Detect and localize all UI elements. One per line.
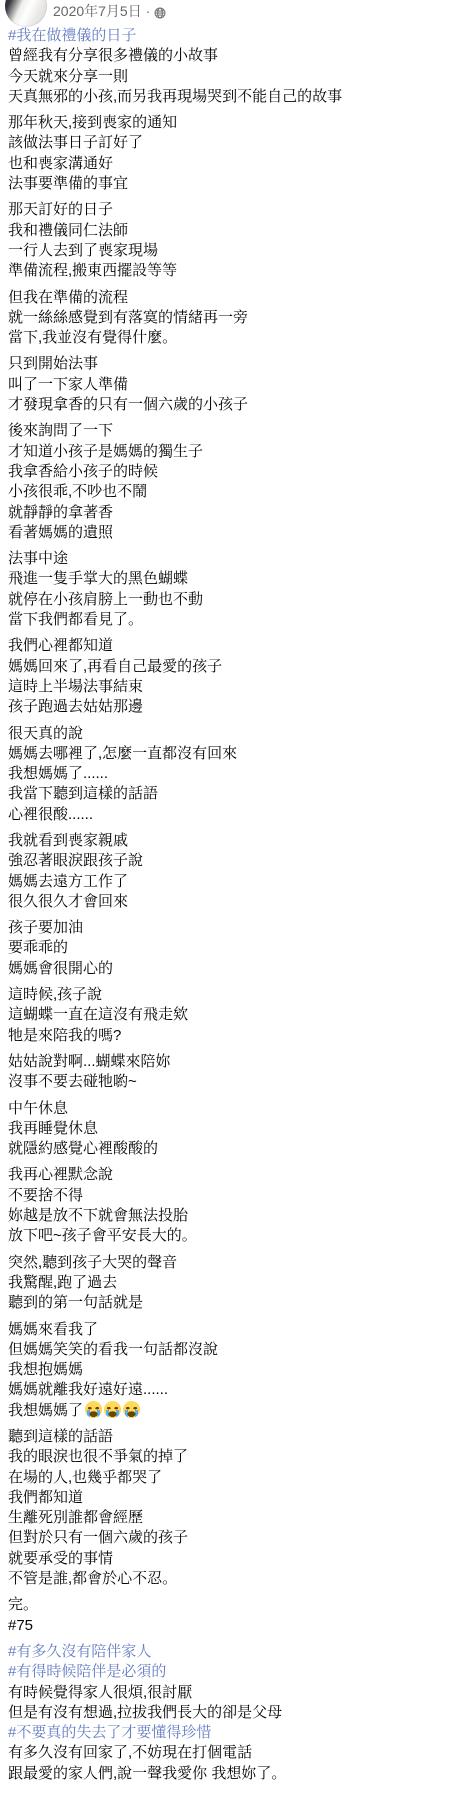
post-paragraph: 後來詢問了一下才知道小孩子是媽媽的獨生子我拿香給小孩子的時候小孩很乖,不吵也不鬧… [8,421,455,543]
post-text: 媽媽回來了,再看自己最愛的孩子 [8,658,222,675]
post-line: 聽到的第一句話就是 [8,1293,455,1313]
post-line: 但對於只有一個六歲的孩子 [8,1528,455,1548]
post-line: 當下,我並沒有覺得什麼。 [8,328,455,348]
post-text: 天真無邪的小孩,而另我再現場哭到不能自己的故事 [8,88,342,105]
post-text: 但對於只有一個六歲的孩子 [8,1529,188,1546]
post-line: 媽媽回來了,再看自己最愛的孩子 [8,657,455,677]
post-text: 才知道小孩子是媽媽的獨生子 [8,443,203,460]
post-line: 完。 [8,1595,455,1615]
post-text: 這時上半場法事結束 [8,678,143,695]
post-line: 就一絲絲感覺到有落寞的情緒再一旁 [8,308,455,328]
post-line: 才發現拿香的只有一個六歲的小孩子 [8,395,455,415]
post-text: 放下吧~孩子會平安長大的。 [8,1227,197,1244]
post-text: 在場的人,也幾乎都哭了 [8,1469,162,1486]
post-text: 我想抱媽媽 [8,1361,83,1378]
post-text: 只到開始法事 [8,355,98,372]
post-paragraph: 法事中途飛進一隻手掌大的黑色蝴蝶就停在小孩肩膀上一動也不動當下我們都看見了。 [8,549,455,630]
post-line: 就隱約感覺心裡酸酸的 [8,1139,455,1159]
post-text: 不要捨不得 [8,1187,83,1204]
post-line: 就停在小孩肩膀上一動也不動 [8,590,455,610]
post-line: #75 [8,1616,455,1636]
post-text: 媽媽就離我好遠好遠...... [8,1381,168,1398]
post-line: 我再睡覺休息 [8,1119,455,1139]
post-line: 我驚醒,跑了過去 [8,1273,455,1293]
post-line: 準備流程,搬東西擺設等等 [8,261,455,281]
post-text: 我拿香給小孩子的時候 [8,463,158,480]
post-text: 孩子要加油 [8,919,83,936]
post-text: 有多久沒有回家了,不妨現在打個電話 [8,1744,252,1761]
post-meta: 2020年7月5日· [53,3,166,19]
post-text: 就要承受的事情 [8,1550,113,1567]
post-text: 我再睡覺休息 [8,1120,98,1137]
post-text: 後來詢問了一下 [8,422,113,439]
post-line: 媽媽去遠方工作了 [8,872,455,892]
post-paragraph: 我們心裡都知道媽媽回來了,再看自己最愛的孩子這時上半場法事結束孩子跑過去姑姑那邊 [8,636,455,717]
post-text: 我想媽媽了 [8,1402,83,1419]
globe-icon [154,6,166,18]
post-body: #我在做禮儀的日子曾經我有分享很多禮儀的小故事今天就來分享一則天真無邪的小孩,而… [0,25,463,1784]
post-paragraph: 完。#75 [8,1595,455,1636]
post-paragraph: 這時候,孩子說這蝴蝶一直在這沒有飛走欸牠是來陪我的嗎? [8,985,455,1046]
post-line: 當下我們都看見了。 [8,610,455,630]
post-line: 我的眼淚也很不爭氣的掉了 [8,1447,455,1467]
crying-face-emoji [104,1401,121,1418]
post-line: 法事要準備的事宜 [8,174,455,194]
post-text: 中午休息 [8,1100,68,1117]
post-line: 媽媽去哪裡了,怎麼一直都沒有回來 [8,744,455,764]
post-text: 強忍著眼淚跟孩子說 [8,852,143,869]
post-line: 今天就來分享一則 [8,67,455,87]
post-text: 今天就來分享一則 [8,68,128,85]
post-text: 孩子跑過去姑姑那邊 [8,698,143,715]
post-paragraph: #有多久沒有陪伴家人#有得時候陪伴是必須的有時候覺得家人很煩,很討厭但是有沒有想… [8,1642,455,1784]
post-line: 要乖乖的 [8,938,455,958]
post-text: 很久很久才會回來 [8,893,128,910]
post-line: 沒事不要去碰牠喲~ [8,1072,455,1092]
post-text: 我和禮儀同仁法師 [8,222,128,239]
post-text: 牠是來陪我的嗎? [8,1027,121,1044]
post-text: 我的眼淚也很不爭氣的掉了 [8,1448,188,1465]
post-line: 我就看到喪家親戚 [8,831,455,851]
post-text: 這時候,孩子說 [8,986,102,1003]
post-line: 飛進一隻手掌大的黑色蝴蝶 [8,569,455,589]
post-paragraph: 但我在準備的流程就一絲絲感覺到有落寞的情緒再一旁當下,我並沒有覺得什麼。 [8,288,455,349]
post-text: 我想媽媽了...... [8,765,108,782]
post-paragraph: 只到開始法事叫了一下家人準備才發現拿香的只有一個六歲的小孩子 [8,354,455,415]
post-text: 我當下聽到這樣的話語 [8,785,158,802]
post-text: 我們都知道 [8,1489,83,1506]
post-text: 這蝴蝶一直在這沒有飛走欸 [8,1006,188,1023]
post-paragraph: 那天訂好的日子我和禮儀同仁法師一行人去到了喪家現場準備流程,搬東西擺設等等 [8,200,455,281]
post-line: 生離死別誰都會經歷 [8,1508,455,1528]
post-text: 突然,聽到孩子大哭的聲音 [8,1254,177,1271]
crying-face-emoji [123,1401,140,1418]
post-text: 姑姑說對啊...蝴蝶來陪妳 [8,1053,171,1070]
post-text: 有時候覺得家人很煩,很討厭 [8,1684,192,1701]
post-line: 這時上半場法事結束 [8,677,455,697]
post-text: 當下,我並沒有覺得什麼。 [8,329,177,346]
post-line: 我們都知道 [8,1488,455,1508]
post-line: 妳越是放不下就會無法投胎 [8,1206,455,1226]
post-line: #不要真的失去了才要懂得珍惜 [8,1723,455,1743]
post-line: 只到開始法事 [8,354,455,374]
post-text: 心裡很酸...... [8,806,93,823]
post-text: 一行人去到了喪家現場 [8,242,158,259]
post-paragraph: 很天真的說媽媽去哪裡了,怎麼一直都沒有回來我想媽媽了......我當下聽到這樣的… [8,724,455,825]
post-line: 我和禮儀同仁法師 [8,221,455,241]
post-text: 媽媽來看我了 [8,1321,98,1338]
post-text: 媽媽去哪裡了,怎麼一直都沒有回來 [8,745,237,762]
post-text: #75 [8,1617,33,1634]
post-line: 但我在準備的流程 [8,288,455,308]
post-line: 很久很久才會回來 [8,892,455,912]
post-line: 小孩很乖,不吵也不鬧 [8,482,455,502]
post-line: 不要捨不得 [8,1186,455,1206]
post-line: 我們心裡都知道 [8,636,455,656]
post-line: 但媽媽笑笑的看我一句話都沒說 [8,1340,455,1360]
post-paragraph: #我在做禮儀的日子曾經我有分享很多禮儀的小故事今天就來分享一則天真無邪的小孩,而… [8,26,455,107]
post-text: 我再心裡默念說 [8,1166,113,1183]
post-text: 就隱約感覺心裡酸酸的 [8,1140,158,1157]
post-line: 心裡很酸...... [8,805,455,825]
post-line: #我在做禮儀的日子 [8,26,455,46]
post-line: 孩子跑過去姑姑那邊 [8,697,455,717]
post-line: 那年秋天,接到喪家的通知 [8,113,455,133]
post-line: 才知道小孩子是媽媽的獨生子 [8,442,455,462]
post-line: 我當下聽到這樣的話語 [8,784,455,804]
post-line: 放下吧~孩子會平安長大的。 [8,1226,455,1246]
post-text: 那年秋天,接到喪家的通知 [8,114,177,131]
post-text: 但是有沒有想過,拉拔我們長大的卻是父母 [8,1704,282,1721]
post-line: 我想抱媽媽 [8,1360,455,1380]
post-paragraph: 媽媽來看我了但媽媽笑笑的看我一句話都沒說我想抱媽媽媽媽就離我好遠好遠......… [8,1320,455,1421]
post-line: 我想媽媽了...... [8,764,455,784]
post-text: 我驚醒,跑了過去 [8,1274,117,1291]
post-line: 媽媽來看我了 [8,1320,455,1340]
post-text: 聽到這樣的話語 [8,1428,113,1445]
post-line: 叫了一下家人準備 [8,375,455,395]
post-line: 我再心裡默念說 [8,1165,455,1185]
post-line: 也和喪家溝通好 [8,154,455,174]
post-text: 才發現拿香的只有一個六歲的小孩子 [8,396,248,413]
hashtag-link[interactable]: #有得時候陪伴是必須的 [8,1663,166,1680]
post-text: 跟最愛的家人們,說一聲我愛你 我想妳了。 [8,1765,286,1782]
post-text: 該做法事日子訂好了 [8,134,143,151]
post-text: 要乖乖的 [8,939,68,956]
post-line: 我拿香給小孩子的時候 [8,462,455,482]
hashtag-link[interactable]: #不要真的失去了才要懂得珍惜 [8,1724,211,1741]
post-text: 那天訂好的日子 [8,201,113,218]
post-text: 當下我們都看見了。 [8,611,143,628]
post-paragraph: 我就看到喪家親戚強忍著眼淚跟孩子說媽媽去遠方工作了很久很久才會回來 [8,831,455,912]
post-text: 看著媽媽的遺照 [8,524,113,541]
post-line: 有時候覺得家人很煩,很討厭 [8,1683,455,1703]
post-text: 沒事不要去碰牠喲~ [8,1073,137,1090]
post-paragraph: 聽到這樣的話語我的眼淚也很不爭氣的掉了在場的人,也幾乎都哭了我們都知道生離死別誰… [8,1427,455,1589]
hashtag-link[interactable]: #我在做禮儀的日子 [8,27,136,44]
post-text: 小孩很乖,不吵也不鬧 [8,483,147,500]
post-line: 突然,聽到孩子大哭的聲音 [8,1253,455,1273]
post-line: 後來詢問了一下 [8,421,455,441]
post-line: #有得時候陪伴是必須的 [8,1662,455,1682]
post-paragraph: 那年秋天,接到喪家的通知該做法事日子訂好了也和喪家溝通好法事要準備的事宜 [8,113,455,194]
post-text: 就一絲絲感覺到有落寞的情緒再一旁 [8,309,248,326]
post-line: 這時候,孩子說 [8,985,455,1005]
hashtag-link[interactable]: #有多久沒有陪伴家人 [8,1643,151,1660]
post-line: 孩子要加油 [8,918,455,938]
post-text: 準備流程,搬東西擺設等等 [8,262,177,279]
post-text: 就靜靜的拿著香 [8,504,113,521]
post-line: 在場的人,也幾乎都哭了 [8,1468,455,1488]
post-text: 但我在準備的流程 [8,289,128,306]
post-line: 跟最愛的家人們,說一聲我愛你 我想妳了。 [8,1764,455,1784]
post-line: 聽到這樣的話語 [8,1427,455,1447]
post-text: 很天真的說 [8,725,83,742]
post-paragraph: 姑姑說對啊...蝴蝶來陪妳沒事不要去碰牠喲~ [8,1052,455,1093]
post-text: 曾經我有分享很多禮儀的小故事 [8,47,218,64]
post-line: 但是有沒有想過,拉拔我們長大的卻是父母 [8,1703,455,1723]
post-text: 飛進一隻手掌大的黑色蝴蝶 [8,570,188,587]
post-line: 那天訂好的日子 [8,200,455,220]
post-line: #有多久沒有陪伴家人 [8,1642,455,1662]
meta-separator: · [146,3,151,19]
post-line: 有多久沒有回家了,不妨現在打個電話 [8,1743,455,1763]
post-paragraph: 我再心裡默念說不要捨不得妳越是放不下就會無法投胎放下吧~孩子會平安長大的。 [8,1165,455,1246]
post-line: 很天真的說 [8,724,455,744]
post-line: 法事中途 [8,549,455,569]
post-text: 媽媽會很開心的 [8,960,113,977]
post-text: 媽媽去遠方工作了 [8,873,128,890]
post-line: 中午休息 [8,1099,455,1119]
post-text: 但媽媽笑笑的看我一句話都沒說 [8,1341,218,1358]
post-line: 一行人去到了喪家現場 [8,241,455,261]
post-line: 看著媽媽的遺照 [8,523,455,543]
post-paragraph: 中午休息我再睡覺休息就隱約感覺心裡酸酸的 [8,1099,455,1160]
post-line: 媽媽就離我好遠好遠...... [8,1380,455,1400]
avatar[interactable] [5,0,47,27]
post-text: 我們心裡都知道 [8,637,113,654]
post-line: 我想媽媽了 [8,1401,455,1421]
post-line: 強忍著眼淚跟孩子說 [8,851,455,871]
post-text: 叫了一下家人準備 [8,376,128,393]
post-header: 2020年7月5日· [0,0,463,25]
post-line: 牠是來陪我的嗎? [8,1026,455,1046]
post-paragraph: 突然,聽到孩子大哭的聲音我驚醒,跑了過去聽到的第一句話就是 [8,1253,455,1314]
post-text: 不管是誰,都會於心不忍。 [8,1570,177,1587]
post-line: 該做法事日子訂好了 [8,133,455,153]
post-line: 就靜靜的拿著香 [8,503,455,523]
facebook-post: { "header": { "date": "2020年7月5日", "sepa… [0,0,463,1798]
post-text: 我就看到喪家親戚 [8,832,128,849]
post-line: 曾經我有分享很多禮儀的小故事 [8,46,455,66]
post-text: 生離死別誰都會經歷 [8,1509,143,1526]
post-line: 不管是誰,都會於心不忍。 [8,1569,455,1589]
post-date[interactable]: 2020年7月5日 [53,3,142,19]
post-text: 也和喪家溝通好 [8,155,113,172]
post-line: 就要承受的事情 [8,1549,455,1569]
post-text: 法事要準備的事宜 [8,175,128,192]
post-line: 姑姑說對啊...蝴蝶來陪妳 [8,1052,455,1072]
post-text: 完。 [8,1596,38,1613]
post-text: 法事中途 [8,550,68,567]
post-line: 這蝴蝶一直在這沒有飛走欸 [8,1005,455,1025]
post-text: 就停在小孩肩膀上一動也不動 [8,591,203,608]
post-text: 聽到的第一句話就是 [8,1294,143,1311]
post-paragraph: 孩子要加油要乖乖的媽媽會很開心的 [8,918,455,979]
post-line: 天真無邪的小孩,而另我再現場哭到不能自己的故事 [8,87,455,107]
post-line: 媽媽會很開心的 [8,959,455,979]
post-text: 妳越是放不下就會無法投胎 [8,1207,188,1224]
crying-face-emoji [85,1401,102,1418]
